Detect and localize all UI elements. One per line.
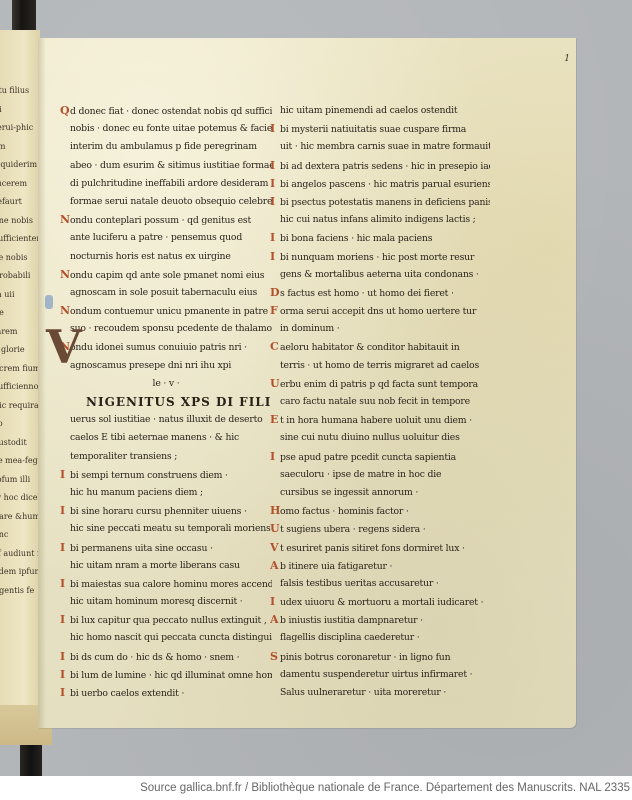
text-line: Nondu conteplari possum · qd genitus est <box>60 211 272 229</box>
line-text: hic uitam pinemendi ad caelos ostendit <box>280 105 457 116</box>
text-line: sine cui nutu diuino nullus uoluitur die… <box>270 429 490 447</box>
line-text: formae serui natale deuoto obsequio cele… <box>70 196 272 207</box>
text-line: Vt esuriret panis sitiret fons dormiret … <box>270 539 490 557</box>
line-text: ondu conteplari possum · qd genitus est <box>70 215 251 226</box>
line-text: udex uiuoru & mortuoru a mortali iudicar… <box>280 597 483 608</box>
text-line: Ibi permanens uita sine occasu · <box>60 539 272 557</box>
line-text: cursibus se ingessit annorum · <box>280 487 418 498</box>
line-text: in dominum · <box>280 323 340 334</box>
line-text: pinis botrus coronaretur · in ligno fun <box>280 652 450 663</box>
text-line: Ibi ds cum do · hic ds & homo · snem · <box>60 648 272 666</box>
text-line: caro factu natale suu nob fecit in tempo… <box>270 393 490 411</box>
rubricated-initial: I <box>60 466 70 484</box>
rubricated-initial: I <box>60 539 70 557</box>
rubricated-initial: I <box>60 648 70 666</box>
text-line: suo · recoudem sponsu pcedente de thalam… <box>60 320 272 338</box>
previous-page-line: iarem <box>0 327 17 336</box>
line-text: agnoscam in sole posuit tabernaculu eius <box>70 287 257 298</box>
previous-page-line: ctu filius <box>0 86 29 95</box>
text-line: Ab itinere uia fatigaretur · <box>270 557 490 575</box>
text-line: Ds factus est homo · ut homo dei fieret … <box>270 284 490 302</box>
previous-page-line: x glorie <box>0 345 25 354</box>
text-line: Spinis botrus coronaretur · in ligno fun <box>270 648 490 666</box>
line-text: temporaliter transiens ; <box>70 451 177 462</box>
line-text: b itinere uia fatigaretur · <box>280 561 392 572</box>
text-line: hic sine peccati meatu su temporali mori… <box>60 520 272 538</box>
line-text: orma serui accepit dns ut homo uertere t… <box>280 306 476 317</box>
line-text: bi sempi ternum construens diem · <box>70 470 228 481</box>
text-line: Ibi sine horaru cursu phenniter uiuens · <box>60 502 272 520</box>
text-line: Ibi sempi ternum construens diem · <box>60 466 272 484</box>
text-line: Ab iniustis iustitia dampnaretur · <box>270 611 490 629</box>
text-line: damentu suspenderetur uirtus infirmaret … <box>270 666 490 684</box>
line-text: nocturnis horis est natus ex uirgine <box>70 251 231 262</box>
line-text: omo factus · hominis factor · <box>280 506 409 517</box>
line-text: hic sine peccati meatu su temporali mori… <box>70 523 271 534</box>
previous-page-line: hic requiram <box>0 401 40 410</box>
rubricated-initial: I <box>270 120 280 138</box>
rubricated-initial: U <box>270 520 280 538</box>
line-text: bi bona faciens · hic mala paciens <box>280 233 432 244</box>
previous-page-line: nare &huma <box>0 512 40 521</box>
rubricated-initial: N <box>60 211 70 229</box>
line-text: bi psectus potestatis manens in deficien… <box>280 197 490 208</box>
line-text: flagellis disciplina caederetur · <box>280 632 419 643</box>
line-text: hic hu manum paciens diem ; <box>70 487 203 498</box>
rubricated-initial: D <box>270 284 280 302</box>
line-text: bi ds cum do · hic ds & homo · snem · <box>70 652 239 663</box>
line-text: bi ad dextera patris sedens · hic in pre… <box>280 161 490 172</box>
line-text: t esuriret panis sitiret fons dormiret l… <box>280 543 465 554</box>
text-line: Ibi ad dextera patris sedens · hic in pr… <box>270 157 490 175</box>
rubricated-initial: I <box>60 666 70 684</box>
text-line: Homo factus · hominis factor · <box>270 502 490 520</box>
line-text: bi nunquam moriens · hic post morte resu… <box>280 252 474 263</box>
text-line: cursibus se ingessit annorum · <box>270 484 490 502</box>
rubricated-initial: I <box>270 229 280 247</box>
text-line: interim du ambulamus p fide peregrinam <box>60 138 272 156</box>
rubricated-initial: V <box>270 539 280 557</box>
line-text: caelos E tibi aeternae manens · & hic <box>70 432 239 443</box>
text-line: hic cui natus infans alimito indigens la… <box>270 211 490 229</box>
line-text: Salus uulneraretur · uita moreretur · <box>280 687 446 698</box>
text-line: temporaliter transiens ; <box>60 448 272 466</box>
previous-page-line: ucrem fium <box>0 364 40 373</box>
text-line: Ibi lux capitur qua peccato nullus extin… <box>60 611 272 629</box>
text-line: Forma serui accepit dns ut homo uertere … <box>270 302 490 320</box>
line-text: d donec fiat · donec ostendat nobis qd s… <box>70 106 272 117</box>
rubricated-initial: I <box>270 593 280 611</box>
text-line: abeo · dum esurim & sitimus iustitiae fo… <box>60 157 272 175</box>
rubricated-initial: I <box>60 684 70 702</box>
rubricated-initial: C <box>270 338 280 356</box>
text-line: Ibi nunquam moriens · hic post morte res… <box>270 248 490 266</box>
text-line: terris · ut homo de terris migraret ad c… <box>270 357 490 375</box>
blue-stain <box>45 295 53 309</box>
line-text: erbu enim di patris p qd facta sunt temp… <box>280 379 478 390</box>
previous-page-line: ro <box>0 419 3 428</box>
previous-page-line: tefaurt <box>0 197 22 206</box>
rubricated-initial: Q <box>60 102 70 120</box>
line-text: nobis · donec eu fonte uitae potemus & f… <box>70 123 272 134</box>
line-text: t in hora humana habere uoluit unu diem … <box>280 415 472 426</box>
line-text: hic cui natus infans alimito indigens la… <box>280 214 476 225</box>
text-line: di pulchritudine ineffabili ardore desid… <box>60 175 272 193</box>
previous-page-text: ctu filiusdiferui-phicrmr quiderimlucere… <box>0 30 40 745</box>
text-line: Nondu idonei sumus conuiuio patris nri · <box>60 338 272 356</box>
line-text: t sugiens ubera · regens sidera · <box>280 524 426 535</box>
text-line: agnoscam in sole posuit tabernaculu eius <box>60 284 272 302</box>
text-line: saeculoru · ipse de matre in hoc die <box>270 466 490 484</box>
previous-page-line: probabili <box>0 271 30 280</box>
source-credit: Source gallica.bnf.fr / Bibliothèque nat… <box>140 782 630 794</box>
text-line: Qd donec fiat · donec ostendat nobis qd … <box>60 102 272 120</box>
text-line: hic uitam pinemendi ad caelos ostendit <box>270 102 490 120</box>
text-line: hic uitam nram a morte liberans casu <box>60 557 272 575</box>
line-text: ondu idonei sumus conuiuio patris nri · <box>70 342 247 353</box>
text-line: falsis testibus ueritas accusaretur · <box>270 575 490 593</box>
rubricated-initial: F <box>270 302 280 320</box>
line-text: damentu suspenderetur uirtus infirmaret … <box>280 669 472 680</box>
previous-page-line: ly hoc dicebat <box>0 493 40 502</box>
text-line: Caeloru habitator & conditor habitauit i… <box>270 338 490 356</box>
text-line: Uerbu enim di patris p qd facta sunt tem… <box>270 375 490 393</box>
text-line: ante luciferu a patre · pensemus quod <box>60 229 272 247</box>
text-line: gens & mortalibus aeterna uita condonans… <box>270 266 490 284</box>
line-text: falsis testibus ueritas accusaretur · <box>280 578 439 589</box>
rubricated-initial: U <box>270 375 280 393</box>
text-line: Ibi psectus potestatis manens in deficie… <box>270 193 490 211</box>
text-line: nocturnis horis est natus ex uirgine <box>60 248 272 266</box>
text-line: Nondu capim qd ante sole pmanet nomi eiu… <box>60 266 272 284</box>
rubricated-initial: N <box>60 302 70 320</box>
text-line: Ibi uerbo caelos extendit · <box>60 684 272 702</box>
previous-page-edge: ctu filiusdiferui-phicrmr quiderimlucere… <box>0 30 40 745</box>
section-label: le · v · <box>60 375 272 393</box>
text-line: Ibi bona faciens · hic mala paciens <box>270 229 490 247</box>
line-text: bi permanens uita sine occasu · <box>70 543 213 554</box>
previous-page-line: rf audiunt nec <box>0 549 40 558</box>
line-text: hic homo nascit qui peccata cuncta disti… <box>70 632 272 643</box>
left-text-column: Qd donec fiat · donec ostendat nobis qd … <box>60 102 272 702</box>
previous-page-line: lucerem <box>0 179 27 188</box>
rubricated-initial: I <box>270 248 280 266</box>
line-text: bi angelos pascens · hic matris parual e… <box>280 179 490 190</box>
line-text: terris · ut homo de terris migraret ad c… <box>280 360 479 371</box>
previous-page-line: ipfum illi <box>0 475 30 484</box>
binding-bottom <box>20 742 42 776</box>
text-line: Salus uulneraretur · uita moreretur · <box>270 684 490 702</box>
previous-page-line: ligentis fe <box>0 586 34 595</box>
rubricated-initial: N <box>60 266 70 284</box>
previous-page-line: adem ipfum <box>0 567 40 576</box>
rubricated-initial: I <box>270 448 280 466</box>
gutter-shadow <box>38 38 46 728</box>
section-heading: NIGENITUS XPS DI FILI <box>60 393 272 411</box>
rubricated-initial: I <box>60 502 70 520</box>
rubricated-initial: A <box>270 611 280 629</box>
previous-page-line: di <box>0 105 2 114</box>
line-text: b iniustis iustitia dampnaretur · <box>280 615 423 626</box>
previous-page-line: ue <box>0 308 4 317</box>
line-text: s factus est homo · ut homo dei fieret · <box>280 288 454 299</box>
text-line: uerus sol iustitiae · natus illuxit de d… <box>60 411 272 429</box>
rubricated-initial: I <box>60 575 70 593</box>
line-text: sine cui nutu diuino nullus uoluitur die… <box>280 432 460 443</box>
decorated-initial-v: V <box>46 324 82 370</box>
text-line: hic hu manum paciens diem ; <box>60 484 272 502</box>
text-line: nobis · donec eu fonte uitae potemus & f… <box>60 120 272 138</box>
previous-page-line: sufficienter <box>0 234 40 243</box>
line-text: hic uitam hominum moresq discernit · <box>70 596 243 607</box>
rubricated-initial: I <box>270 157 280 175</box>
line-text: agnoscamus presepe dni nri ihu xpi <box>70 360 231 371</box>
text-line: hic uitam hominum moresq discernit · <box>60 593 272 611</box>
text-line: Ibi angelos pascens · hic matris parual … <box>270 175 490 193</box>
right-text-column: hic uitam pinemendi ad caelos ostenditIb… <box>270 102 490 702</box>
text-line: Ibi lum de lumine · hic qd illuminat omn… <box>60 666 272 684</box>
text-line: Iudex uiuoru & mortuoru a mortali iudica… <box>270 593 490 611</box>
line-text: hic uitam nram a morte liberans casu <box>70 560 240 571</box>
rubricated-initial: E <box>270 411 280 429</box>
previous-page-line: rm <box>0 142 5 151</box>
text-line: caelos E tibi aeternae manens · & hic <box>60 429 272 447</box>
line-text: bi mysterii natiuitatis suae cuspare fir… <box>280 124 466 135</box>
line-text: aeloru habitator & conditor habitauit in <box>280 342 460 353</box>
line-text: pse apud patre pcedit cuncta sapientia <box>280 452 456 463</box>
previous-page-line: ane nobis <box>0 216 33 225</box>
rubricated-initial: I <box>270 175 280 193</box>
text-line: Et in hora humana habere uoluit unu diem… <box>270 411 490 429</box>
line-text: bi sine horaru cursu phenniter uiuens · <box>70 506 247 517</box>
rubricated-initial: I <box>60 611 70 629</box>
text-line: Ut sugiens ubera · regens sidera · <box>270 520 490 538</box>
manuscript-viewer: ctu filiusdiferui-phicrmr quiderimlucere… <box>0 0 632 776</box>
line-text: interim du ambulamus p fide peregrinam <box>70 141 257 152</box>
text-line: uit · hic membra carnis suae in matre fo… <box>270 138 490 156</box>
rubricated-initial: S <box>270 648 280 666</box>
line-text: bi uerbo caelos extendit · <box>70 688 184 699</box>
previous-page-line: custodit <box>0 438 27 447</box>
line-text: ondu capim qd ante sole pmanet nomi eius <box>70 270 264 281</box>
text-line: Ibi maiestas sua calore hominu mores acc… <box>60 575 272 593</box>
line-text: uit · hic membra carnis suae in matre fo… <box>280 141 490 152</box>
line-text: caro factu natale suu nob fecit in tempo… <box>280 396 470 407</box>
text-line: formae serui natale deuoto obsequio cele… <box>60 193 272 211</box>
line-text: bi lux capitur qua peccato nullus exting… <box>70 615 267 626</box>
binding-top <box>12 0 36 34</box>
previous-page-line: anc <box>0 530 8 539</box>
previous-page-line: ce nobis <box>0 253 28 262</box>
text-line: Ipse apud patre pcedit cuncta sapientia <box>270 448 490 466</box>
previous-page-line: re mea-fego <box>0 456 40 465</box>
line-text: gens & mortalibus aeterna uita condonans… <box>280 269 479 280</box>
text-line: Nondum contuemur unicu pmanente in patre <box>60 302 272 320</box>
line-text: bi lum de lumine · hic qd illuminat omne… <box>70 670 272 681</box>
rubricated-initial: H <box>270 502 280 520</box>
previous-page-line: ferui-phic <box>0 123 33 132</box>
line-text: bi maiestas sua calore hominu mores acce… <box>70 579 272 590</box>
line-text: abeo · dum esurim & sitimus iustitiae fo… <box>70 160 272 171</box>
line-text: uerus sol iustitiae · natus illuxit de d… <box>70 414 263 425</box>
previous-page-line: sufficiennobis <box>0 382 40 391</box>
text-line: Ibi mysterii natiuitatis suae cuspare fi… <box>270 120 490 138</box>
rubricated-initial: I <box>270 193 280 211</box>
folio-number: 1 <box>564 54 570 64</box>
line-text: ante luciferu a patre · pensemus quod <box>70 232 242 243</box>
text-line: hic homo nascit qui peccata cuncta disti… <box>60 629 272 647</box>
rubricated-initial: A <box>270 557 280 575</box>
line-text: di pulchritudine ineffabili ardore desid… <box>70 178 268 189</box>
line-text: ondum contuemur unicu pmanente in patre <box>70 306 268 317</box>
previous-page-line: fa uii <box>0 290 15 299</box>
previous-page-line: r quiderim <box>0 160 37 169</box>
line-text: suo · recoudem sponsu pcedente de thalam… <box>70 323 272 334</box>
text-line: flagellis disciplina caederetur · <box>270 629 490 647</box>
manuscript-page: 1 Qd donec fiat · donec ostendat nobis q… <box>38 38 576 728</box>
text-line: in dominum · <box>270 320 490 338</box>
text-line: agnoscamus presepe dni nri ihu xpi <box>60 357 272 375</box>
line-text: saeculoru · ipse de matre in hoc die <box>280 469 441 480</box>
